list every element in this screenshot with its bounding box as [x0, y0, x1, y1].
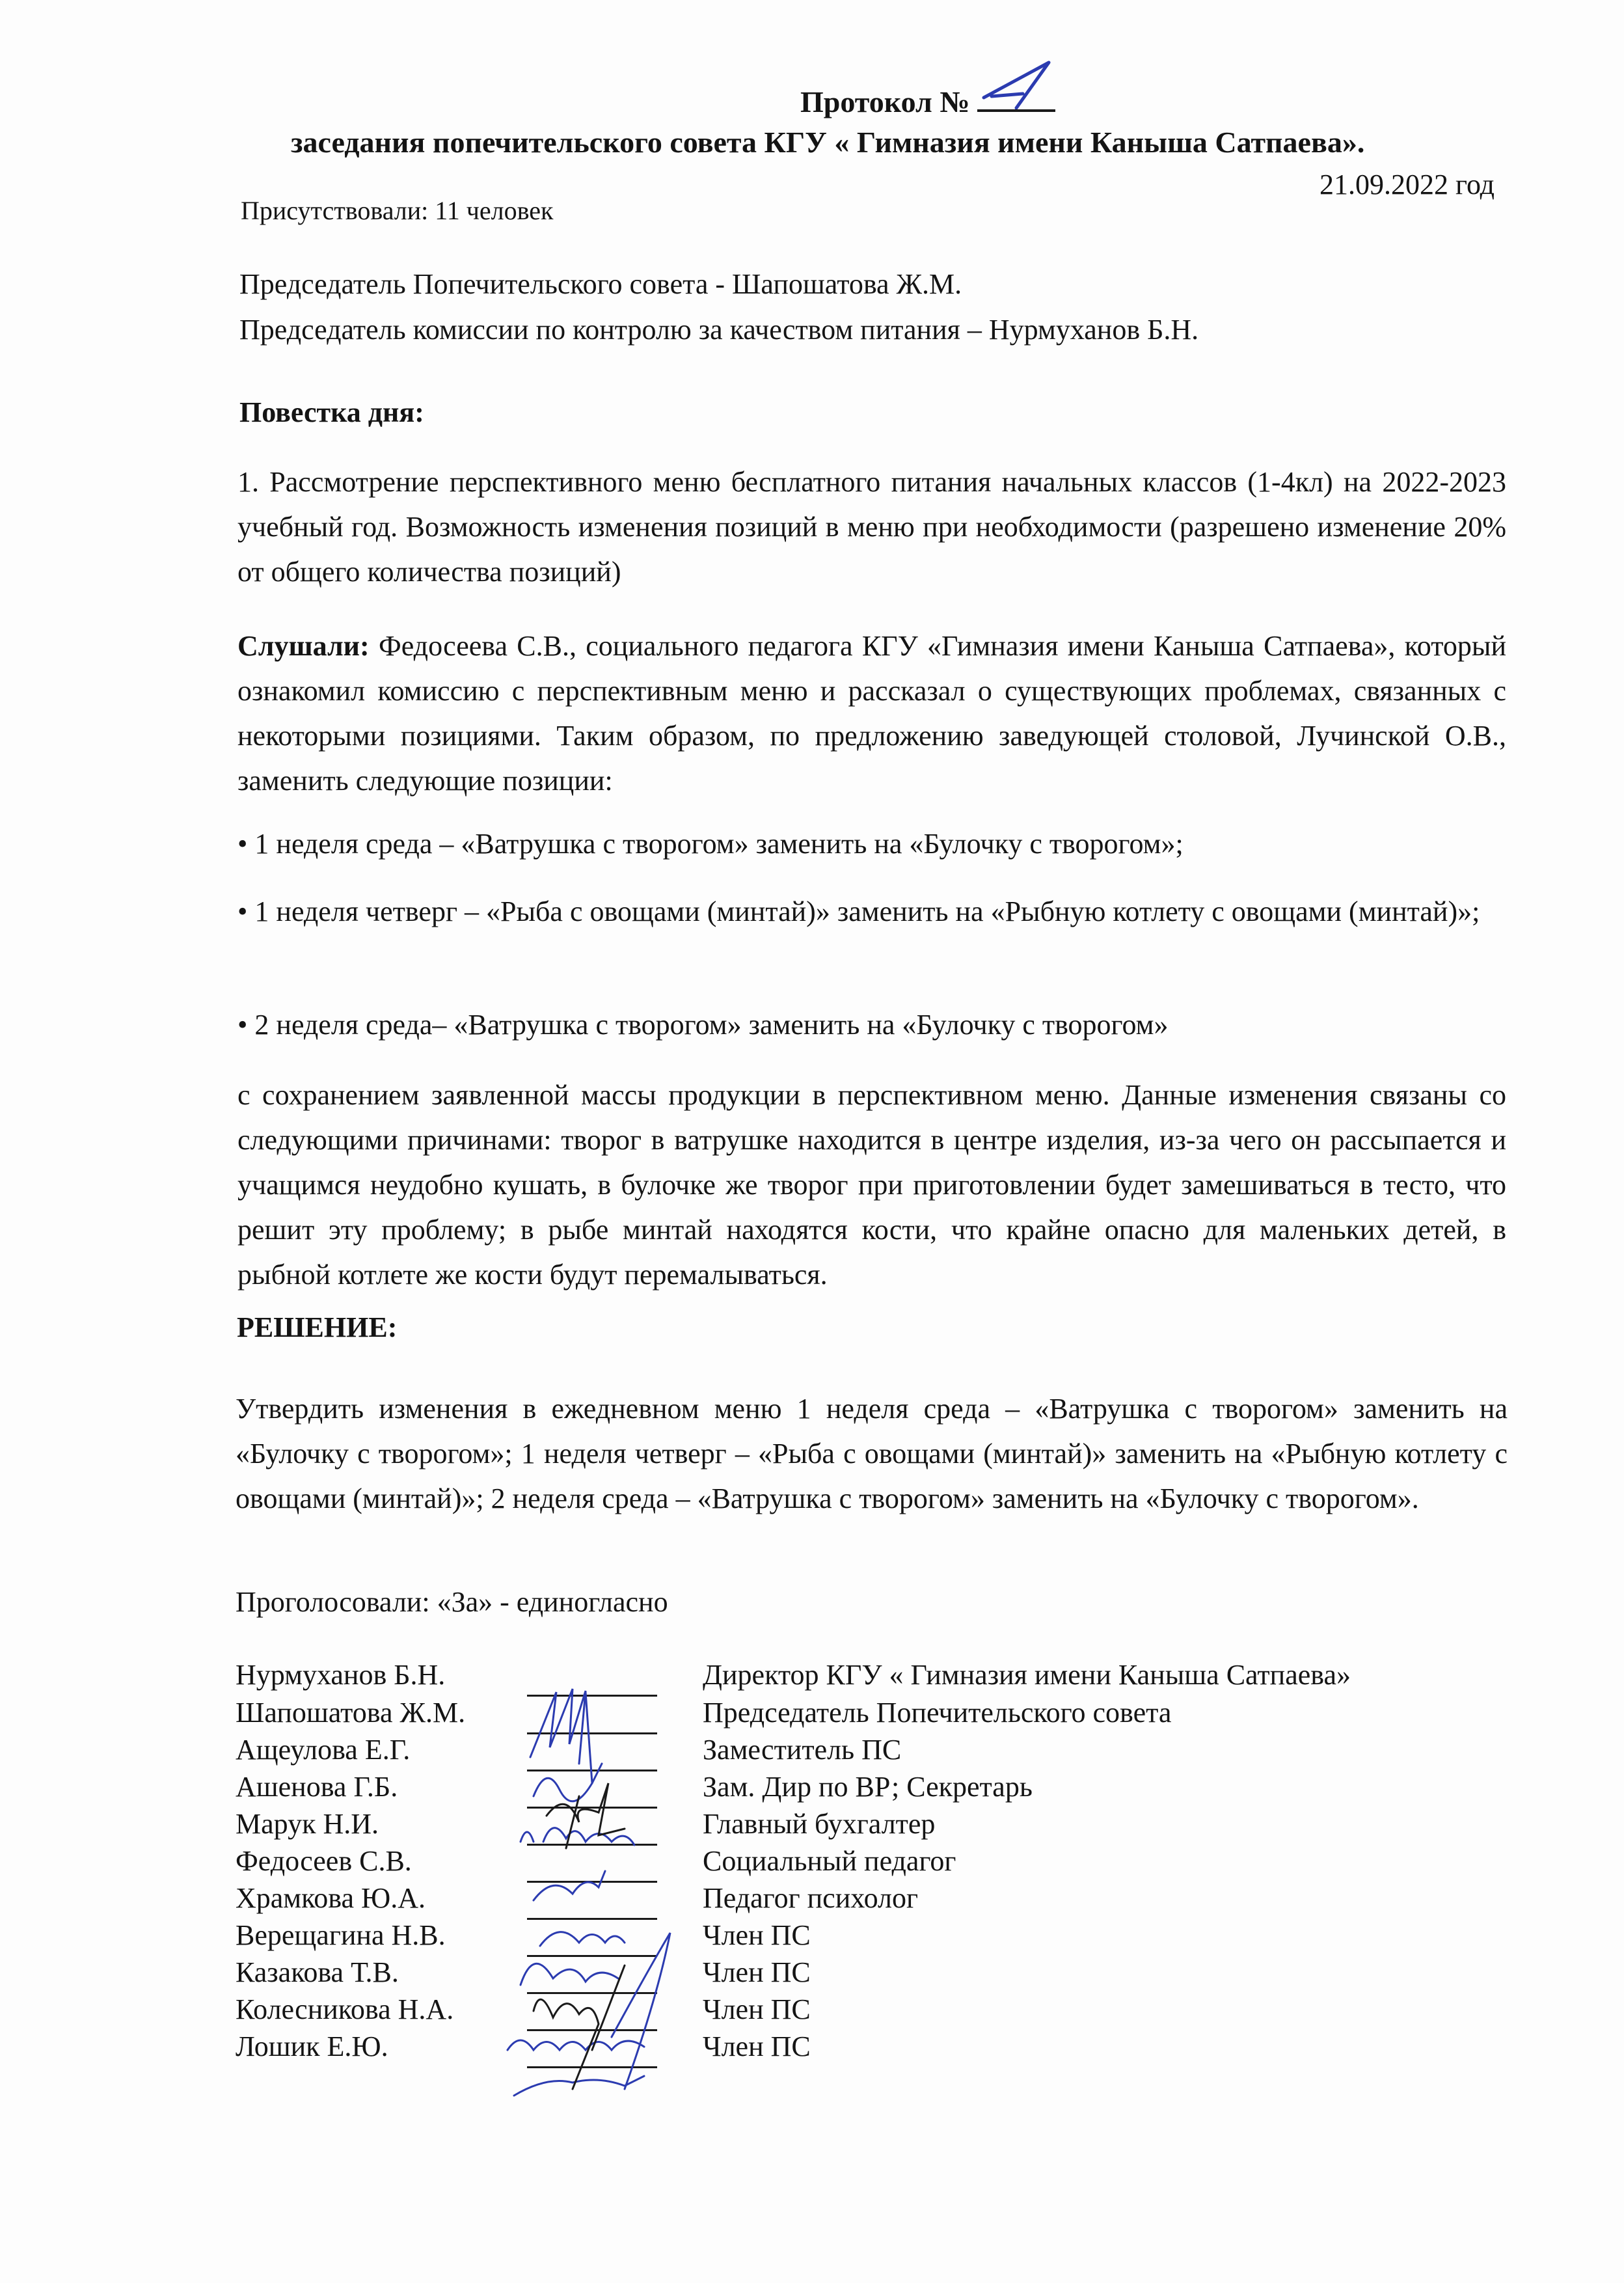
signatory-row: Храмкова Ю.А. Педагог психолог — [236, 1881, 1472, 1918]
heard-paragraph: Слушали: Федосеева С.В., социального пед… — [237, 623, 1506, 803]
signatory-row: Шапошатова Ж.М. Председатель Попечительс… — [236, 1696, 1472, 1732]
protocol-title: Протокол № — [800, 83, 1055, 119]
bullet-2: • 1 неделя четверг – «Рыба с овощами (ми… — [237, 889, 1506, 934]
bullet-1: • 1 неделя среда – «Ватрушка с творогом»… — [237, 821, 1506, 866]
agenda-item-1: 1. Рассмотрение перспективного меню бесп… — [237, 459, 1506, 594]
handwritten-number-icon — [977, 57, 1062, 109]
signatory-name: Верещагина Н.В. — [236, 1919, 446, 1952]
heard-label: Слушали: — [237, 630, 370, 662]
reasons-paragraph: с сохранением заявленной массы продукции… — [237, 1073, 1506, 1297]
signatory-name: Шапошатова Ж.М. — [236, 1696, 465, 1729]
signatory-name: Федосеев С.В. — [236, 1844, 412, 1878]
signatory-row: Казакова Т.В. Член ПС — [236, 1956, 1472, 1992]
signatory-name: Ашенова Г.Б. — [236, 1770, 398, 1803]
signatory-role: Член ПС — [703, 2030, 811, 2063]
protocol-document: Протокол № заседания попечительского сов… — [0, 0, 1624, 2283]
signatory-row: Марук Н.И. Главный бухгалтер — [236, 1807, 1472, 1844]
signatory-name: Храмкова Ю.А. — [236, 1881, 426, 1915]
signatory-row: Ащеулова Е.Г. Заместитель ПС — [236, 1733, 1472, 1770]
signatory-role: Педагог психолог — [703, 1881, 918, 1915]
bullet-3: • 2 неделя среда– «Ватрушка с творогом» … — [237, 1002, 1506, 1047]
signatory-row: Ашенова Г.Б. Зам. Дир по ВР; Секретарь — [236, 1770, 1472, 1807]
protocol-date: 21.09.2022 год — [1319, 171, 1495, 199]
signatory-role: Член ПС — [703, 1919, 811, 1952]
signature-line — [527, 2066, 657, 2068]
signatory-role: Директор КГУ « Гимназия имени Каныша Сат… — [703, 1658, 1351, 1691]
protocol-subtitle: заседания попечительского совета КГУ « Г… — [291, 125, 1364, 159]
signatory-name: Казакова Т.В. — [236, 1956, 399, 1989]
signatory-row: Нурмуханов Б.Н. Директор КГУ « Гимназия … — [236, 1658, 1472, 1695]
signatory-row: Лошик Е.Ю. Член ПС — [236, 2030, 1472, 2066]
signatory-role: Председатель Попечительского совета — [703, 1696, 1171, 1729]
protocol-label: Протокол № — [800, 85, 970, 118]
signatory-name: Нурмуханов Б.Н. — [236, 1658, 445, 1691]
nutrition-commission-chair: Председатель комиссии по контролю за кач… — [239, 316, 1198, 344]
present-count: Присутствовали: 11 человек — [241, 198, 553, 224]
decision-text: Утвердить изменения в ежедневном меню 1 … — [236, 1386, 1508, 1521]
decision-heading: РЕШЕНИЕ: — [237, 1313, 397, 1342]
signatory-name: Ащеулова Е.Г. — [236, 1733, 410, 1766]
signatory-role: Член ПС — [703, 1993, 811, 2026]
signatory-role: Зам. Дир по ВР; Секретарь — [703, 1770, 1033, 1803]
agenda-heading: Повестка дня: — [239, 398, 424, 427]
signatory-name: Колесникова Н.А. — [236, 1993, 453, 2026]
signatory-row: Федосеев С.В. Социальный педагог — [236, 1844, 1472, 1881]
heard-text: Федосеева С.В., социального педагога КГУ… — [237, 630, 1506, 797]
signatory-role: Заместитель ПС — [703, 1733, 901, 1766]
signatory-name: Марук Н.И. — [236, 1807, 379, 1840]
signatory-role: Главный бухгалтер — [703, 1807, 935, 1840]
protocol-number-blank — [977, 83, 1055, 112]
board-chair: Председатель Попечительского совета - Ша… — [239, 270, 962, 299]
vote-result: Проголосовали: «За» - единогласно — [236, 1588, 668, 1617]
signatory-row: Колесникова Н.А. Член ПС — [236, 1993, 1472, 2029]
signatory-role: Социальный педагог — [703, 1844, 956, 1878]
signatory-row: Верещагина Н.В. Член ПС — [236, 1919, 1472, 1955]
signatory-name: Лошик Е.Ю. — [236, 2030, 388, 2063]
signatory-role: Член ПС — [703, 1956, 811, 1989]
